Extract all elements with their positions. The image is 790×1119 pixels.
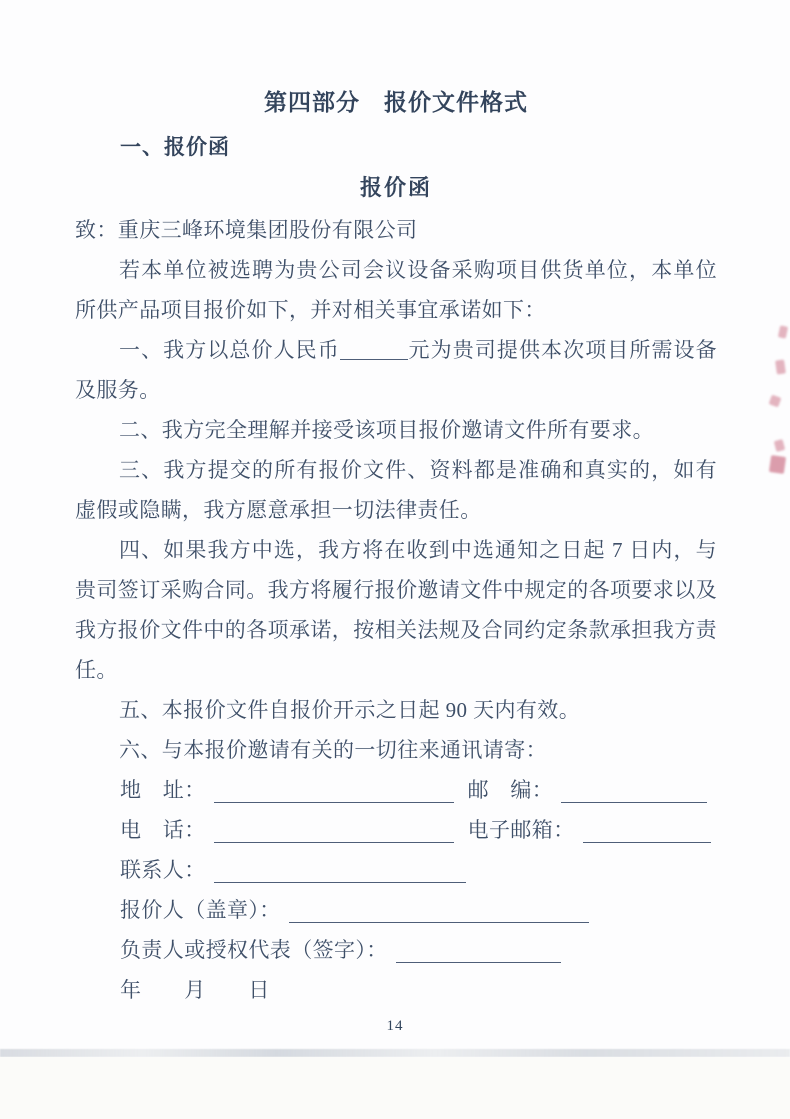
intro-paragraph: 若本单位被选聘为贵公司会议设备采购项目供货单位，本单位所供产品项目报价如下，并对… — [75, 250, 717, 330]
item-3-paragraph: 三、我方提交的所有报价文件、资料都是准确和真实的，如有虚假或隐瞒，我方愿意承担一… — [75, 450, 717, 530]
form-row-quoter: 报价人（盖章）： — [120, 890, 717, 930]
scan-edge-band — [0, 1049, 790, 1057]
representative-label: 负责人或授权代表（签字）： — [120, 930, 388, 970]
item-2-paragraph: 二、我方完全理解并接受该项目报价邀请文件所有要求。 — [75, 410, 717, 450]
form-row-address-postal: 地 址： 邮 编： — [120, 770, 717, 810]
email-label: 电子邮箱： — [468, 810, 575, 850]
postal-label: 邮 编： — [468, 770, 554, 810]
letter-title: 报价函 — [75, 170, 717, 206]
email-blank-line — [583, 842, 711, 843]
form-row-phone-email: 电 话： 电子邮箱： — [120, 810, 717, 850]
subsection-title: 一、报价函 — [120, 130, 717, 166]
date-line: 年 月 日 — [120, 970, 717, 1010]
phone-blank-line — [214, 842, 454, 843]
contact-label: 联系人： — [120, 850, 206, 890]
postal-blank-line — [561, 802, 707, 803]
address-label: 地 址： — [120, 770, 206, 810]
scan-margin-area — [0, 1057, 790, 1119]
contact-blank-line — [214, 882, 466, 883]
phone-label: 电 话： — [120, 810, 206, 850]
red-stamp-fragment — [775, 359, 786, 374]
red-stamp-fragment — [769, 455, 786, 474]
item-1-text-pre: 一、我方以总价人民币 — [119, 338, 340, 362]
quoter-blank-line — [289, 922, 589, 923]
item-6-paragraph: 六、与本报价邀请有关的一切往来通讯请寄： — [75, 730, 717, 770]
form-row-contact: 联系人： — [120, 850, 717, 890]
form-row-representative: 负责人或授权代表（签字）： — [120, 930, 717, 970]
item-1-paragraph: 一、我方以总价人民币元为贵司提供本次项目所需设备及服务。 — [75, 330, 717, 410]
quoter-label: 报价人（盖章）： — [120, 890, 281, 930]
address-blank-line — [214, 802, 454, 803]
representative-blank-line — [396, 962, 561, 963]
salutation-line: 致：重庆三峰环境集团股份有限公司 — [75, 210, 717, 250]
item-4-paragraph: 四、如果我方中选，我方将在收到中选通知之日起 7 日内，与贵司签订采购合同。我方… — [75, 530, 717, 690]
page-number: 14 — [0, 1018, 790, 1035]
document-page: 第四部分 报价文件格式 一、报价函 报价函 致：重庆三峰环境集团股份有限公司 若… — [0, 0, 790, 1119]
page-content: 第四部分 报价文件格式 一、报价函 报价函 致：重庆三峰环境集团股份有限公司 若… — [0, 0, 790, 1010]
item-5-paragraph: 五、本报价文件自报价开示之日起 90 天内有效。 — [75, 690, 717, 730]
amount-blank-line — [340, 359, 408, 360]
section-title: 第四部分 报价文件格式 — [75, 86, 717, 118]
